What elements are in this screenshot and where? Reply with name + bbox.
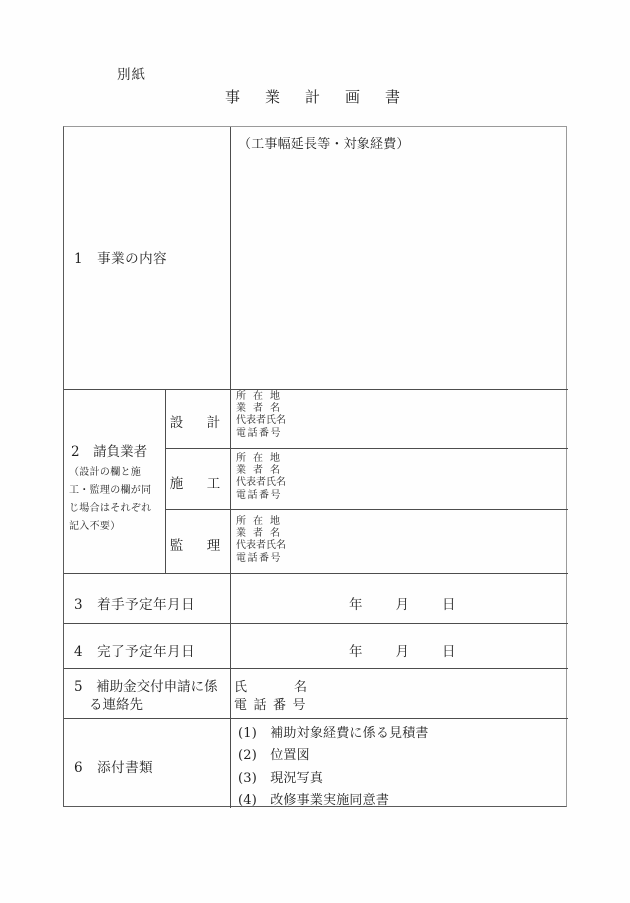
date-unit-day: 日	[442, 593, 456, 613]
row2-note: （設計の欄と施 工・監理の欄が同 じ場合はそれぞれ 記入不要）	[69, 464, 151, 536]
contractor-role-design: 設 計	[165, 411, 230, 431]
row1-label: 1 事業の内容	[74, 247, 167, 267]
table-divider	[64, 573, 568, 574]
business-content-note: （工事幅延長等・対象経費）	[238, 133, 410, 152]
row2-label: 2 請負業者	[71, 440, 147, 460]
row4-label: 4 完了予定年月日	[74, 640, 195, 660]
field-company-label: 業者名	[236, 528, 287, 540]
table-divider	[165, 509, 568, 510]
completion-date-units: 年 月 日	[349, 640, 456, 660]
field-representative-label: 代表者氏名	[236, 415, 287, 427]
contractor-fields-construction: 所在地 業者名 代表者氏名 電話番号	[236, 453, 287, 502]
field-address-label: 所在地	[236, 391, 287, 403]
contact-name-label: 氏 名	[234, 679, 312, 697]
contractor-role-supervision: 監 理	[165, 534, 230, 554]
attached-document-item: (4) 改修事業実施同意書	[238, 790, 429, 812]
attachment-label: 別紙	[117, 63, 146, 83]
field-address-label: 所在地	[236, 453, 287, 465]
attached-documents-list: (1) 補助対象経費に係る見積書 (2) 位置図 (3) 現況写真 (4) 改修…	[238, 723, 429, 812]
table-divider	[64, 718, 568, 719]
page-title: 事 業 計 画 書	[0, 86, 630, 107]
field-phone-label: 電話番号	[236, 428, 287, 440]
table-divider	[165, 448, 568, 449]
field-representative-label: 代表者氏名	[236, 477, 287, 489]
contact-phone-label: 電話番号	[234, 697, 312, 715]
row5-label: 5 補助金交付申請に係 る連絡先	[89, 678, 234, 714]
field-representative-label: 代表者氏名	[236, 540, 287, 552]
date-unit-month: 月	[396, 640, 410, 660]
field-company-label: 業者名	[236, 403, 287, 415]
row3-label: 3 着手予定年月日	[74, 593, 195, 613]
date-unit-year: 年	[349, 593, 363, 613]
contractor-role-construction: 施 工	[165, 472, 230, 492]
date-unit-month: 月	[396, 593, 410, 613]
contractor-fields-supervision: 所在地 業者名 代表者氏名 電話番号	[236, 516, 287, 565]
start-date-units: 年 月 日	[349, 593, 456, 613]
field-address-label: 所在地	[236, 516, 287, 528]
attached-document-item: (3) 現況写真	[238, 768, 429, 790]
document-sheet: 別紙 事 業 計 画 書 1 事業の内容 （工事幅延長等・対象経費） 2 請負業…	[0, 0, 630, 903]
table-divider	[64, 668, 568, 669]
row6-label: 6 添付書類	[74, 756, 153, 776]
field-phone-label: 電話番号	[236, 490, 287, 502]
date-unit-day: 日	[442, 640, 456, 660]
attached-document-item: (2) 位置図	[238, 745, 429, 767]
table-divider	[64, 623, 568, 624]
attached-document-item: (1) 補助対象経費に係る見積書	[238, 723, 429, 745]
table-divider	[64, 389, 568, 390]
contractor-fields-design: 所在地 業者名 代表者氏名 電話番号	[236, 391, 287, 440]
contact-fields: 氏 名 電話番号	[234, 679, 312, 715]
date-unit-year: 年	[349, 640, 363, 660]
field-company-label: 業者名	[236, 465, 287, 477]
field-phone-label: 電話番号	[236, 553, 287, 565]
business-plan-table: 1 事業の内容 （工事幅延長等・対象経費） 2 請負業者 （設計の欄と施 工・監…	[63, 126, 567, 807]
